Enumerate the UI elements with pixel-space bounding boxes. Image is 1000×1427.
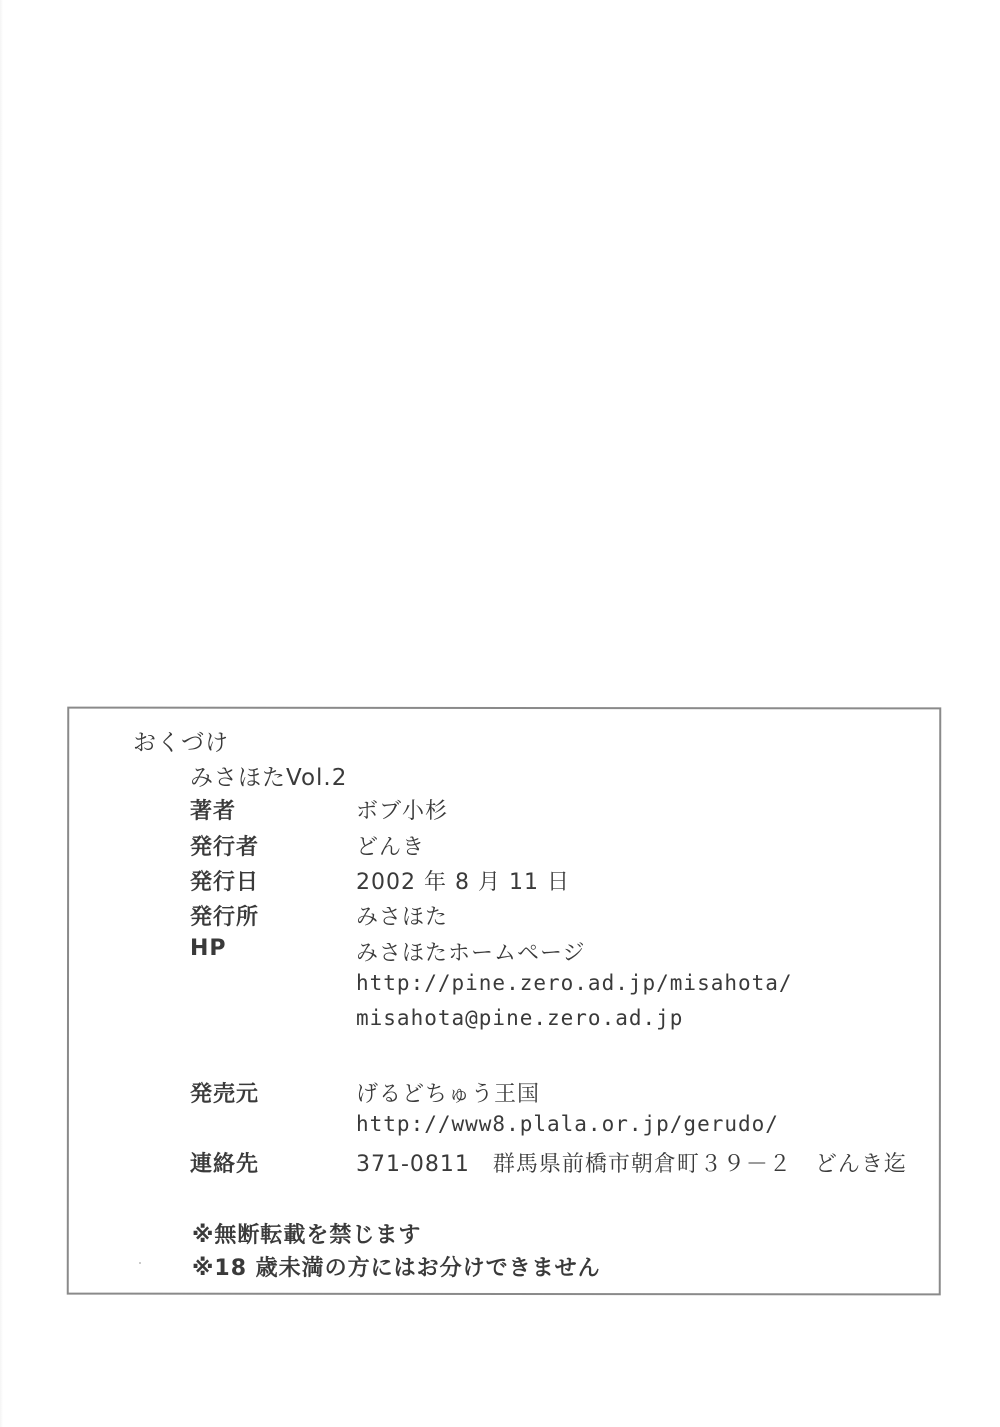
book-title: みさほたVol.2 [190,759,347,792]
entry-label: 発行日 [190,865,259,896]
entry-label: HP [190,936,227,961]
entry-value: 371-0811 群馬県前橋市朝倉町３９－２ どんき迄 [356,1147,907,1178]
distributor-url-link[interactable]: http://www8.plala.or.jp/gerudo/ [356,1112,779,1136]
entry-label: 発売元 [190,1077,259,1108]
entry-value: みさほたホームページ [356,936,586,967]
note-age-restriction: ※18 歳未満の方にはお分けできません [192,1251,601,1282]
note-no-reproduction: ※無断転載を禁じます [192,1218,421,1249]
entry-label: 著者 [190,794,236,825]
entry-value: どんき [356,830,425,861]
entry-value: 2002 年 8 月 11 日 [356,865,570,896]
scan-speck [139,1262,141,1264]
colophon-heading: おくづけ [133,724,229,757]
email-link[interactable]: misahota@pine.zero.ad.jp [356,1006,683,1030]
entry-label: 発行者 [190,830,259,861]
page-edge-shadow [0,0,3,1427]
entry-value: みさほた [356,900,448,931]
entry-label: 連絡先 [190,1147,259,1178]
entry-value: ボブ小杉 [356,794,448,825]
homepage-url-link[interactable]: http://pine.zero.ad.jp/misahota/ [356,971,793,995]
entry-label: 発行所 [190,900,259,931]
entry-value: げるどちゅう王国 [356,1077,540,1108]
